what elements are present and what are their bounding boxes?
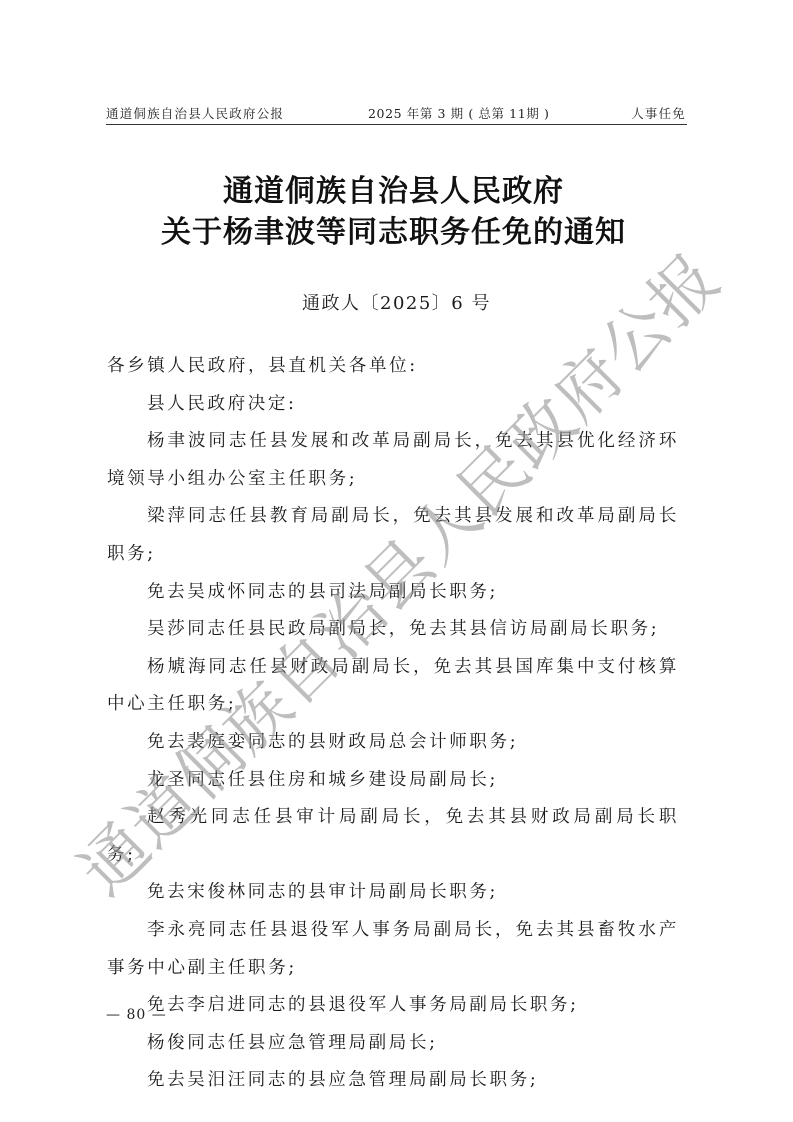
header-publication-name: 通道侗族自治县人民政府公报 [106,104,284,124]
paragraph: 杨聿波同志任县发展和改革局副局长，免去其县优化经济环境领导小组办公室主任职务; [107,423,679,498]
header-section-name: 人事任免 [631,104,686,124]
document-title-line-2: 关于杨聿波等同志职务任免的通知 [0,213,790,253]
paragraph: 县人民政府决定: [107,386,679,424]
paragraph: 杨虓海同志任县财政局副局长，免去其县国库集中支付核算中心主任职务; [107,649,679,724]
paragraph: 赵秀光同志任县审计局副局长，免去其县财政局副局长职务; [107,799,679,874]
running-header: 通道侗族自治县人民政府公报 2025 年第 3 期 ( 总第 11期 ) 人事任… [106,104,686,124]
paragraph: 梁萍同志任县教育局副局长，免去其县发展和改革局副局长职务; [107,498,679,573]
document-body: 各乡镇人民政府，县直机关各单位: 县人民政府决定: 杨聿波同志任县发展和改革局副… [107,348,679,1100]
paragraph: 免去李启进同志的县退役军人事务局副局长职务; [107,987,679,1025]
paragraph: 免去吴汨汪同志的县应急管理局副局长职务; [107,1062,679,1100]
salutation: 各乡镇人民政府，县直机关各单位: [107,348,679,386]
paragraph: 免去吴成怀同志的县司法局副局长职务; [107,574,679,612]
document-number: 通政人〔2025〕6 号 [0,290,793,318]
paragraph: 吴莎同志任县民政局副局长，免去其县信访局副局长职务; [107,611,679,649]
paragraph: 李永亮同志任县退役军人事务局副局长，免去其县畜牧水产事务中心副主任职务; [107,912,679,987]
page-number: — 80 — [106,1005,167,1025]
document-title-line-1: 通道侗族自治县人民政府 [0,172,790,212]
paragraph: 龙圣同志任县住房和城乡建设局副局长; [107,762,679,800]
header-issue-info: 2025 年第 3 期 ( 总第 11期 ) [368,104,549,124]
paragraph: 免去宋俊林同志的县审计局副局长职务; [107,874,679,912]
paragraph: 免去裴庭娈同志的县财政局总会计师职务; [107,724,679,762]
document-page: 通道侗族自治县人民政府公报 2025 年第 3 期 ( 总第 11期 ) 人事任… [0,0,793,1122]
header-rule [106,124,687,125]
paragraph: 杨俊同志任县应急管理局副局长; [107,1025,679,1063]
